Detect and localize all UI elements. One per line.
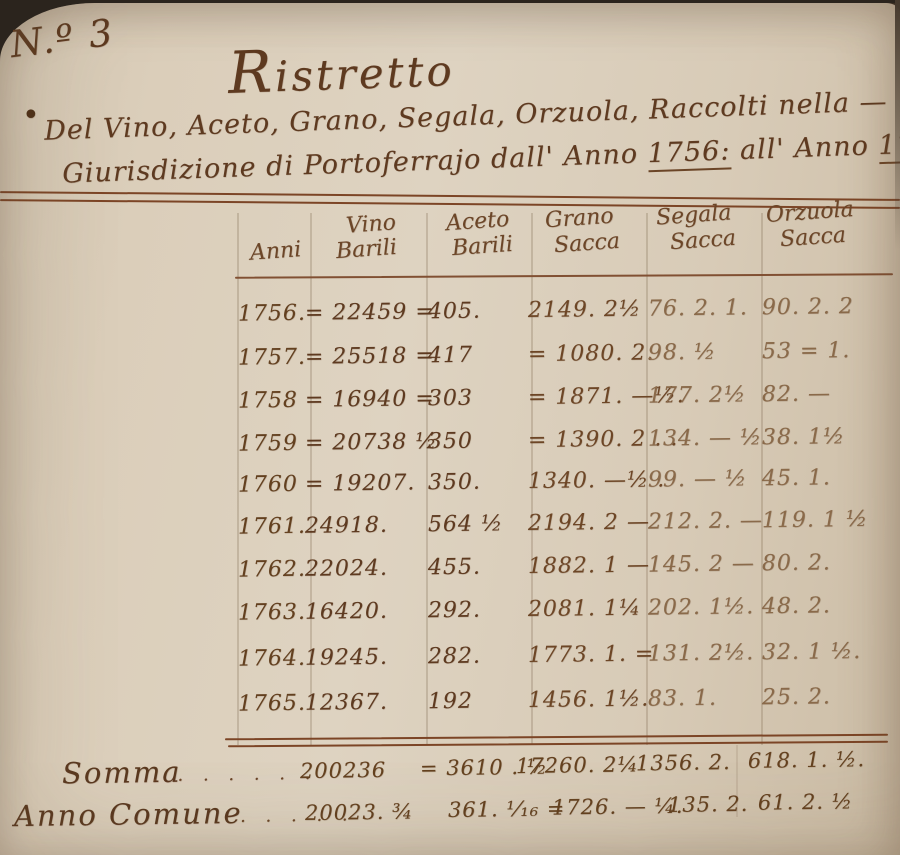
cell-year: 1757. (238, 345, 306, 371)
cell-segala: 76. 2. 1. (648, 295, 748, 321)
subtitle-line2-prefix: Giurisdizione di Portoferrajo dall' Anno (62, 138, 648, 189)
column-header-grano-unit: Sacca (553, 229, 621, 259)
table-row: 1757. = 25518 = 417 = 1080. 2. 98. ½ 53 … (0, 338, 900, 389)
somma-vino: 200236 (300, 758, 386, 783)
cell-year: 1759 (238, 431, 298, 457)
cell-orzuola: 32. 1 ½. (762, 639, 862, 665)
column-header-anni: Anni (249, 237, 302, 266)
cell-grano: 1456. 1½. (528, 687, 650, 713)
cell-vino: = 22459 = (305, 299, 435, 326)
cell-vino: = 16940 = (305, 386, 435, 413)
cell-grano: 2149. 2½ (528, 297, 642, 323)
page-edge-shadow (895, 0, 900, 250)
anno-comune-orzuola: 61. 2. ½ (758, 789, 853, 814)
cell-segala: 98. ½ (648, 340, 717, 366)
cell-year: 1764. (238, 646, 306, 672)
table-row: 1763. 16420. 292. 2081. 1¼ 202. 1½. 48. … (0, 593, 900, 644)
cell-segala: 212. 2. — (648, 508, 763, 534)
table-row: 1758 = 16940 = 303 = 1871. —½. 177. 2½ 8… (0, 381, 900, 432)
cell-orzuola: 25. 2. (762, 684, 831, 710)
cell-aceto: 417 (428, 343, 473, 369)
manuscript-page: N.º 3 Ristretto • Del Vino, Aceto, Grano… (0, 3, 900, 855)
anno-comune-segala: 135. 2. (668, 792, 749, 817)
cell-segala: 202. 1½. (648, 594, 755, 620)
cell-orzuola: 53 = 1. (762, 338, 851, 364)
cell-segala: 131. 2½. (648, 640, 755, 666)
column-header-segala-unit: Sacca (669, 226, 737, 256)
table-row: 1761. 24918. 564 ½ 2194. 2 — 212. 2. — 1… (0, 507, 900, 558)
cell-orzuola: 38. 1½ (762, 424, 846, 450)
cell-segala: 83. 1. (648, 686, 717, 712)
cell-grano: 2081. 1¼ (528, 596, 642, 622)
cell-vino: = 19207. (305, 470, 416, 496)
cell-vino: 12367. (305, 690, 388, 716)
cell-aceto: 405. (428, 299, 481, 325)
anno-comune-label: Anno Comune (14, 796, 243, 833)
cell-vino: = 25518 = (305, 343, 435, 370)
bullet-mark: • (22, 98, 40, 133)
cell-year: 1760 (238, 472, 298, 498)
cell-aceto: 564 ½ (428, 511, 504, 537)
cell-aceto: 350 (428, 429, 473, 455)
cell-grano: = 1080. 2. (528, 341, 655, 368)
document-title: Ristretto (227, 31, 456, 107)
anno-comune-vino: 20023. ¾ (305, 800, 414, 826)
table-row: 1756. = 22459 = 405. 2149. 2½ 76. 2. 1. … (0, 294, 900, 345)
cell-aceto: 350. (428, 470, 481, 496)
subtitle-line2-middle: all' Anno (730, 130, 879, 166)
table-row: 1765. 12367. 192 1456. 1½. 83. 1. 25. 2. (0, 684, 900, 735)
cell-vino: 19245. (305, 645, 388, 671)
anno-comune-aceto: 361. ¹⁄₁₆ = (448, 796, 566, 822)
cell-grano: 1773. 1. = (528, 642, 655, 669)
table-row: 1764. 19245. 282. 1773. 1. = 131. 2½. 32… (0, 639, 900, 690)
cell-aceto: 303 (428, 386, 473, 412)
cell-year: 1765. (238, 691, 306, 717)
column-header-aceto-unit: Barili (451, 232, 514, 261)
header-underline-rule (235, 273, 893, 278)
bottom-rule-1 (225, 734, 888, 741)
cell-orzuola: 82. — (762, 381, 831, 407)
cell-aceto: 292. (428, 598, 481, 624)
cell-year: 1762. (238, 557, 306, 583)
cell-vino: = 20738 ½ (305, 429, 438, 456)
somma-orzuola: 618. 1. ½. (748, 747, 866, 773)
column-header-vino-unit: Barili (335, 235, 398, 264)
cell-segala: 99. — ½ (648, 466, 748, 492)
anno-comune-grano: 1726. — ¼. (552, 794, 684, 820)
cell-grano: 1340. —½ . (528, 467, 666, 494)
cell-orzuola: 90. 2. 2 (762, 294, 854, 320)
cell-year: 1758 (238, 388, 298, 414)
cell-vino: 24918. (305, 513, 388, 539)
cell-orzuola: 48. 2. (762, 593, 831, 619)
year-from: 1756: (647, 135, 731, 172)
cell-year: 1756. (238, 301, 306, 327)
manuscript-photo: N.º 3 Ristretto • Del Vino, Aceto, Grano… (0, 0, 900, 855)
cell-segala: 145. 2 — (648, 551, 755, 577)
cell-orzuola: 119. 1 ½ (762, 507, 869, 533)
table-row: 1762. 22024. 455. 1882. 1 — 145. 2 — 80.… (0, 550, 900, 601)
cell-year: 1763. (238, 600, 306, 626)
cell-year: 1761. (238, 514, 306, 540)
cell-grano: 1882. 1 — (528, 553, 650, 579)
cell-segala: 177. 2½ (648, 382, 747, 408)
cell-aceto: 192 (428, 689, 473, 715)
column-header-orzuola-unit: Sacca (779, 223, 847, 253)
cell-vino: 22024. (305, 556, 388, 582)
cell-orzuola: 80. 2. (762, 550, 831, 576)
page-number: N.º 3 (8, 11, 117, 66)
somma-grano: 17260. 2¼ (516, 752, 639, 778)
cell-segala: 134. — ½ (648, 425, 763, 451)
cell-vino: 16420. (305, 599, 388, 625)
cell-aceto: 455. (428, 555, 481, 581)
cell-orzuola: 45. 1. (762, 465, 831, 491)
cell-aceto: 282. (428, 644, 481, 670)
somma-segala: 1356. 2. (636, 750, 731, 775)
cell-grano: 2194. 2 — (528, 510, 650, 536)
somma-leaders: . . . . . . . (152, 763, 318, 786)
